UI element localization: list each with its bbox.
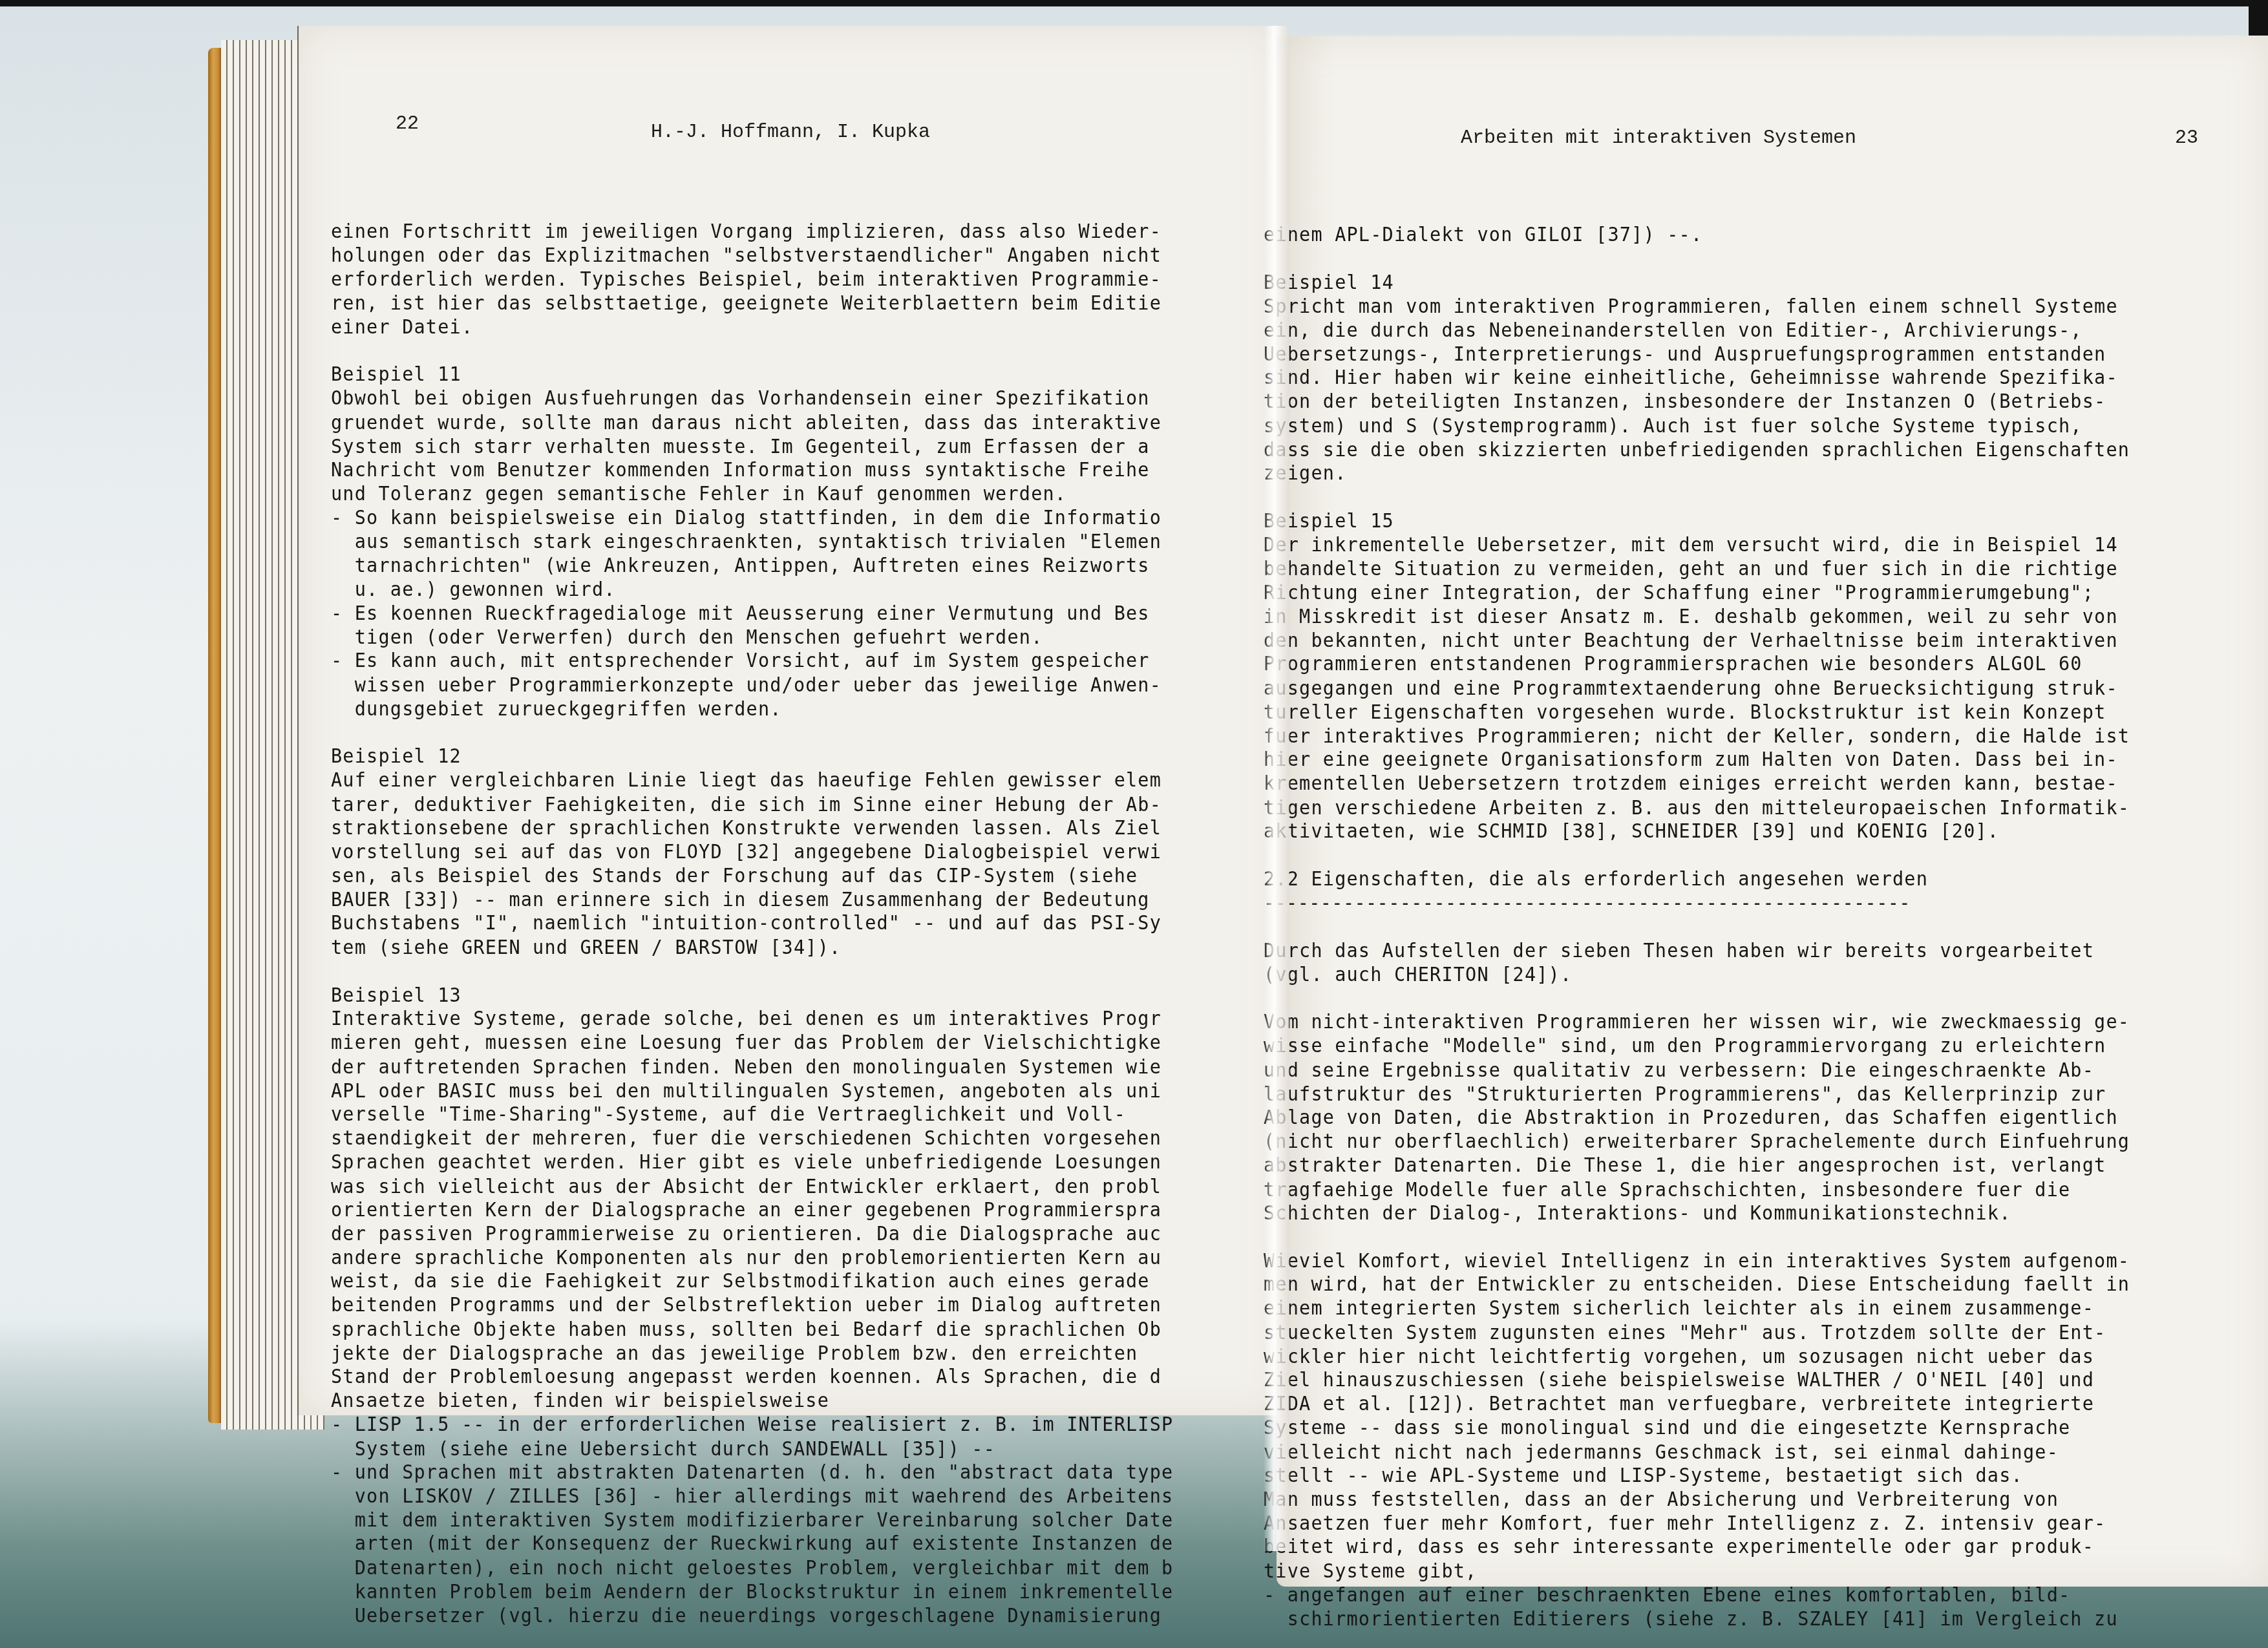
blank-line (1264, 247, 2130, 271)
text-line: gruendet wurde, sollte man daraus nicht … (331, 410, 1173, 434)
text-line: straktionsebene der sprachlichen Konstru… (331, 816, 1173, 840)
blank-line (1264, 1225, 2130, 1249)
text-line: den bekannten, nicht unter Beachtung der… (1264, 629, 2130, 653)
text-line: men wird, hat der Entwickler zu entschei… (1264, 1273, 2130, 1297)
text-line: zeigen. (1264, 461, 2130, 485)
text-line: behandelte Situation zu vermeiden, geht … (1264, 557, 2130, 581)
text-line: vorstellung sei auf das von FLOYD [32] a… (331, 840, 1173, 864)
scan-corner-shadow (2249, 0, 2268, 39)
text-line: einem APL-Dialekt von GILOI [37]) --. (1264, 223, 2130, 247)
text-line: erforderlich werden. Typisches Beispiel,… (331, 268, 1173, 291)
text-line: Sprachen geachtet werden. Hier gibt es v… (331, 1150, 1173, 1174)
text-line: tem (siehe GREEN und GREEN / BARSTOW [34… (331, 936, 1173, 960)
text-line: der auftretenden Sprachen finden. Neben … (331, 1055, 1173, 1079)
text-line: tion der beteiligten Instanzen, insbeson… (1264, 390, 2130, 414)
text-line: Stand der Problemloesung angepasst werde… (331, 1365, 1173, 1389)
text-line: Wieviel Komfort, wieviel Intelligenz in … (1264, 1249, 2130, 1273)
page-number: 22 (396, 113, 419, 135)
right-page: Arbeiten mit interaktiven Systemen 23 ei… (1277, 36, 2268, 1587)
bullet-item-line: Uebersetzer (vgl. hierzu die neuerdings … (331, 1604, 1173, 1628)
text-line: laufstruktur des "Strukturierten Program… (1264, 1082, 2130, 1106)
text-line: beitet wird, dass es sehr interessante e… (1264, 1536, 2130, 1559)
text-line: tive Systeme gibt, (1264, 1559, 2130, 1583)
text-line: Auf einer vergleichbaren Linie liegt das… (331, 768, 1173, 792)
running-head: Arbeiten mit interaktiven Systemen (1461, 127, 1856, 149)
blank-line (331, 960, 1173, 984)
text-line: Der inkrementelle Uebersetzer, mit dem v… (1264, 533, 2130, 557)
text-line: beitenden Programms und der Selbstreflek… (331, 1294, 1173, 1318)
bullet-item-first-line: - So kann beispielsweise ein Dialog stat… (331, 506, 1173, 530)
text-line: sen, als Beispiel des Stands der Forschu… (331, 864, 1173, 888)
body-text: einen Fortschritt im jeweiligen Vorgang … (331, 220, 1173, 1627)
text-line: weist, da sie die Faehigkeit zur Selbstm… (331, 1270, 1173, 1294)
bullet-item-line: Datenarten), ein noch nicht geloestes Pr… (331, 1556, 1173, 1580)
scan-top-border (0, 0, 2268, 6)
text-line: holungen oder das Explizitmachen "selbst… (331, 244, 1173, 268)
page-number: 23 (2175, 127, 2198, 149)
text-line: aktivitaeten, wie SCHMID [38], SCHNEIDER… (1264, 819, 2130, 843)
text-line: ein, die durch das Nebeneinanderstellen … (1264, 319, 2130, 343)
text-line: einen Fortschritt im jeweiligen Vorgang … (331, 220, 1173, 244)
text-line: APL oder BASIC muss bei den multilingual… (331, 1079, 1173, 1103)
blank-line (331, 721, 1173, 745)
text-line: Systeme -- dass sie monolingual sind und… (1264, 1416, 2130, 1440)
text-line: in Misskredit ist dieser Ansatz m. E. de… (1264, 605, 2130, 629)
text-line: Spricht man vom interaktiven Programmier… (1264, 295, 2130, 319)
text-line: Buchstabens "I", naemlich "intuition-con… (331, 912, 1173, 936)
text-line: (nicht nur oberflaechlich) erweiterbarer… (1264, 1130, 2130, 1154)
text-line: mieren geht, muessen eine Loesung fuer d… (331, 1031, 1173, 1055)
bullet-item-line: tarnachrichten" (wie Ankreuzen, Antippen… (331, 554, 1173, 578)
text-line: Ansaetzen fuer mehr Komfort, fuer mehr I… (1264, 1512, 2130, 1536)
text-line: der passiven Programmierweise zu orienti… (331, 1222, 1173, 1246)
example-heading: Beispiel 11 (331, 363, 1173, 387)
example-heading: Beispiel 15 (1264, 509, 2130, 533)
example-heading: Beispiel 13 (331, 984, 1173, 1008)
section-heading: 2.2 Eigenschaften, die als erforderlich … (1264, 867, 2130, 891)
book-gutter (1264, 26, 1289, 1551)
text-line: BAUER [33]) -- man erinnere sich in dies… (331, 888, 1173, 912)
text-line: ren, ist hier das selbsttaetige, geeigne… (331, 291, 1173, 315)
text-line: (vgl. auch CHERITON [24]). (1264, 963, 2130, 987)
text-line: ausgegangen und eine Programmtextaenderu… (1264, 677, 2130, 701)
text-line: was sich vielleicht aus der Absicht der … (331, 1174, 1173, 1198)
text-line: hier eine geeignete Organisationsform zu… (1264, 748, 2130, 772)
text-line: tureller Eigenschaften vorgesehen wurde.… (1264, 700, 2130, 724)
text-line: einem integrierten System sicherlich lei… (1264, 1297, 2130, 1321)
text-line: Ziel hinauszuschiessen (siehe beispielsw… (1264, 1368, 2130, 1392)
text-line: sind. Hier haben wir keine einheitliche,… (1264, 366, 2130, 390)
text-line: sprachliche Objekte haben muss, sollten … (331, 1317, 1173, 1341)
text-line: verselle "Time-Sharing"-Systeme, auf die… (331, 1103, 1173, 1126)
text-line: Obwohl bei obigen Ausfuehrungen das Vorh… (331, 386, 1173, 410)
text-line: Nachricht vom Benutzer kommenden Informa… (331, 458, 1173, 482)
bullet-item-line: tigen (oder Verwerfen) durch den Mensche… (331, 626, 1173, 650)
text-line: andere sprachliche Komponenten als nur d… (331, 1246, 1173, 1270)
text-line: tigen verschiedene Arbeiten z. B. aus de… (1264, 796, 2130, 819)
bullet-item-line: von LISKOV / ZILLES [36] - hier allerdin… (331, 1484, 1173, 1508)
blank-line (331, 339, 1173, 363)
blank-line (1264, 843, 2130, 867)
text-line: Ansaetze bieten, finden wir beispielswei… (331, 1389, 1173, 1413)
text-line: Programmieren entstandenen Programmiersp… (1264, 653, 2130, 677)
bullet-item-line: wissen ueber Programmierkonzepte und/ode… (331, 673, 1173, 697)
text-line: Schichten der Dialog-, Interaktions- und… (1264, 1201, 2130, 1225)
left-page: 22 H.-J. Hoffmann, I. Kupka einen Fortsc… (297, 26, 1281, 1415)
text-line: und Toleranz gegen semantische Fehler in… (331, 482, 1173, 506)
text-line: vielleicht nicht nach jedermanns Geschma… (1264, 1440, 2130, 1464)
body-text: einem APL-Dialekt von GILOI [37]) --.Bei… (1264, 223, 2130, 1631)
bullet-item-line: aus semantisch stark eingeschraenkten, s… (331, 530, 1173, 554)
bullet-item-line: dungsgebiet zurueckgegriffen werden. (331, 697, 1173, 721)
blank-line (1264, 485, 2130, 509)
text-line: Man muss feststellen, dass an der Absich… (1264, 1488, 2130, 1512)
bullet-item-line: u. ae.) gewonnen wird. (331, 578, 1173, 602)
text-line: Richtung einer Integration, der Schaffun… (1264, 581, 2130, 605)
text-line: system) und S (Systemprogramm). Auch ist… (1264, 414, 2130, 438)
text-line: und seine Ergebnisse qualitativ zu verbe… (1264, 1058, 2130, 1082)
blank-line (1264, 915, 2130, 939)
text-line: dass sie die oben skizzierten unbefriedi… (1264, 438, 2130, 461)
text-line: Interaktive Systeme, gerade solche, bei … (331, 1007, 1173, 1031)
text-line: stueckelten System zugunsten eines "Mehr… (1264, 1320, 2130, 1344)
text-line: abstrakter Datenarten. Die These 1, die … (1264, 1154, 2130, 1178)
text-line: schirmorientierten Editierers (siehe z. … (1264, 1607, 2130, 1631)
text-line: ZIDA et al. [12]). Betrachtet man verfue… (1264, 1392, 2130, 1416)
text-line: stellt -- wie APL-Systeme und LISP-Syste… (1264, 1464, 2130, 1488)
bullet-item-line: System (siehe eine Uebersicht durch SAND… (331, 1437, 1173, 1461)
bullet-item-first-line: - LISP 1.5 -- in der erforderlichen Weis… (331, 1413, 1173, 1437)
text-line: wickler hier nicht leichtfertig vorgehen… (1264, 1344, 2130, 1368)
text-line: staendigkeit der mehreren, fuer die vers… (331, 1126, 1173, 1150)
example-heading: Beispiel 12 (331, 745, 1173, 768)
text-line: Durch das Aufstellen der sieben Thesen h… (1264, 939, 2130, 963)
bullet-item-line: mit dem interaktiven System modifizierba… (331, 1508, 1173, 1532)
text-line: Ablage von Daten, die Abstraktion in Pro… (1264, 1106, 2130, 1130)
bullet-item-line: kannten Problem beim Aendern der Blockst… (331, 1580, 1173, 1604)
text-line: tragfaehige Modelle fuer alle Sprachschi… (1264, 1178, 2130, 1201)
text-line: System sich starr verhalten muesste. Im … (331, 434, 1173, 458)
text-line: orientierten Kern der Dialogsprache an e… (331, 1198, 1173, 1222)
blank-line (1264, 987, 2130, 1011)
example-heading: Beispiel 14 (1264, 271, 2130, 295)
text-line: wisse einfache "Modelle" sind, um den Pr… (1264, 1034, 2130, 1058)
text-line: krementellen Uebersetzern trotzdem einig… (1264, 772, 2130, 796)
text-line: fuer interaktives Programmieren; nicht d… (1264, 724, 2130, 748)
text-line: einer Datei. (331, 315, 1173, 339)
text-line: tarer, deduktiver Faehigkeiten, die sich… (331, 792, 1173, 816)
bullet-item-first-line: - Es kann auch, mit entsprechender Vorsi… (331, 650, 1173, 673)
book-cover-edge (208, 48, 221, 1423)
text-line: jekte der Dialogsprache an das jeweilige… (331, 1341, 1173, 1365)
bullet-item-line: arten (mit der Konsequenz der Rueckwirku… (331, 1532, 1173, 1556)
text-line: Vom nicht-interaktiven Programmieren her… (1264, 1010, 2130, 1034)
bullet-item-first-line: - Es koennen Rueckfragedialoge mit Aeuss… (331, 602, 1173, 626)
running-head: H.-J. Hoffmann, I. Kupka (651, 121, 930, 143)
bullet-item-first-line: - und Sprachen mit abstrakten Datenarten… (331, 1461, 1173, 1484)
text-line: - angefangen auf einer beschraenkten Ebe… (1264, 1583, 2130, 1607)
text-line: Uebersetzungs-, Interpretierungs- und Au… (1264, 343, 2130, 366)
section-underline: ----------------------------------------… (1264, 891, 2130, 915)
